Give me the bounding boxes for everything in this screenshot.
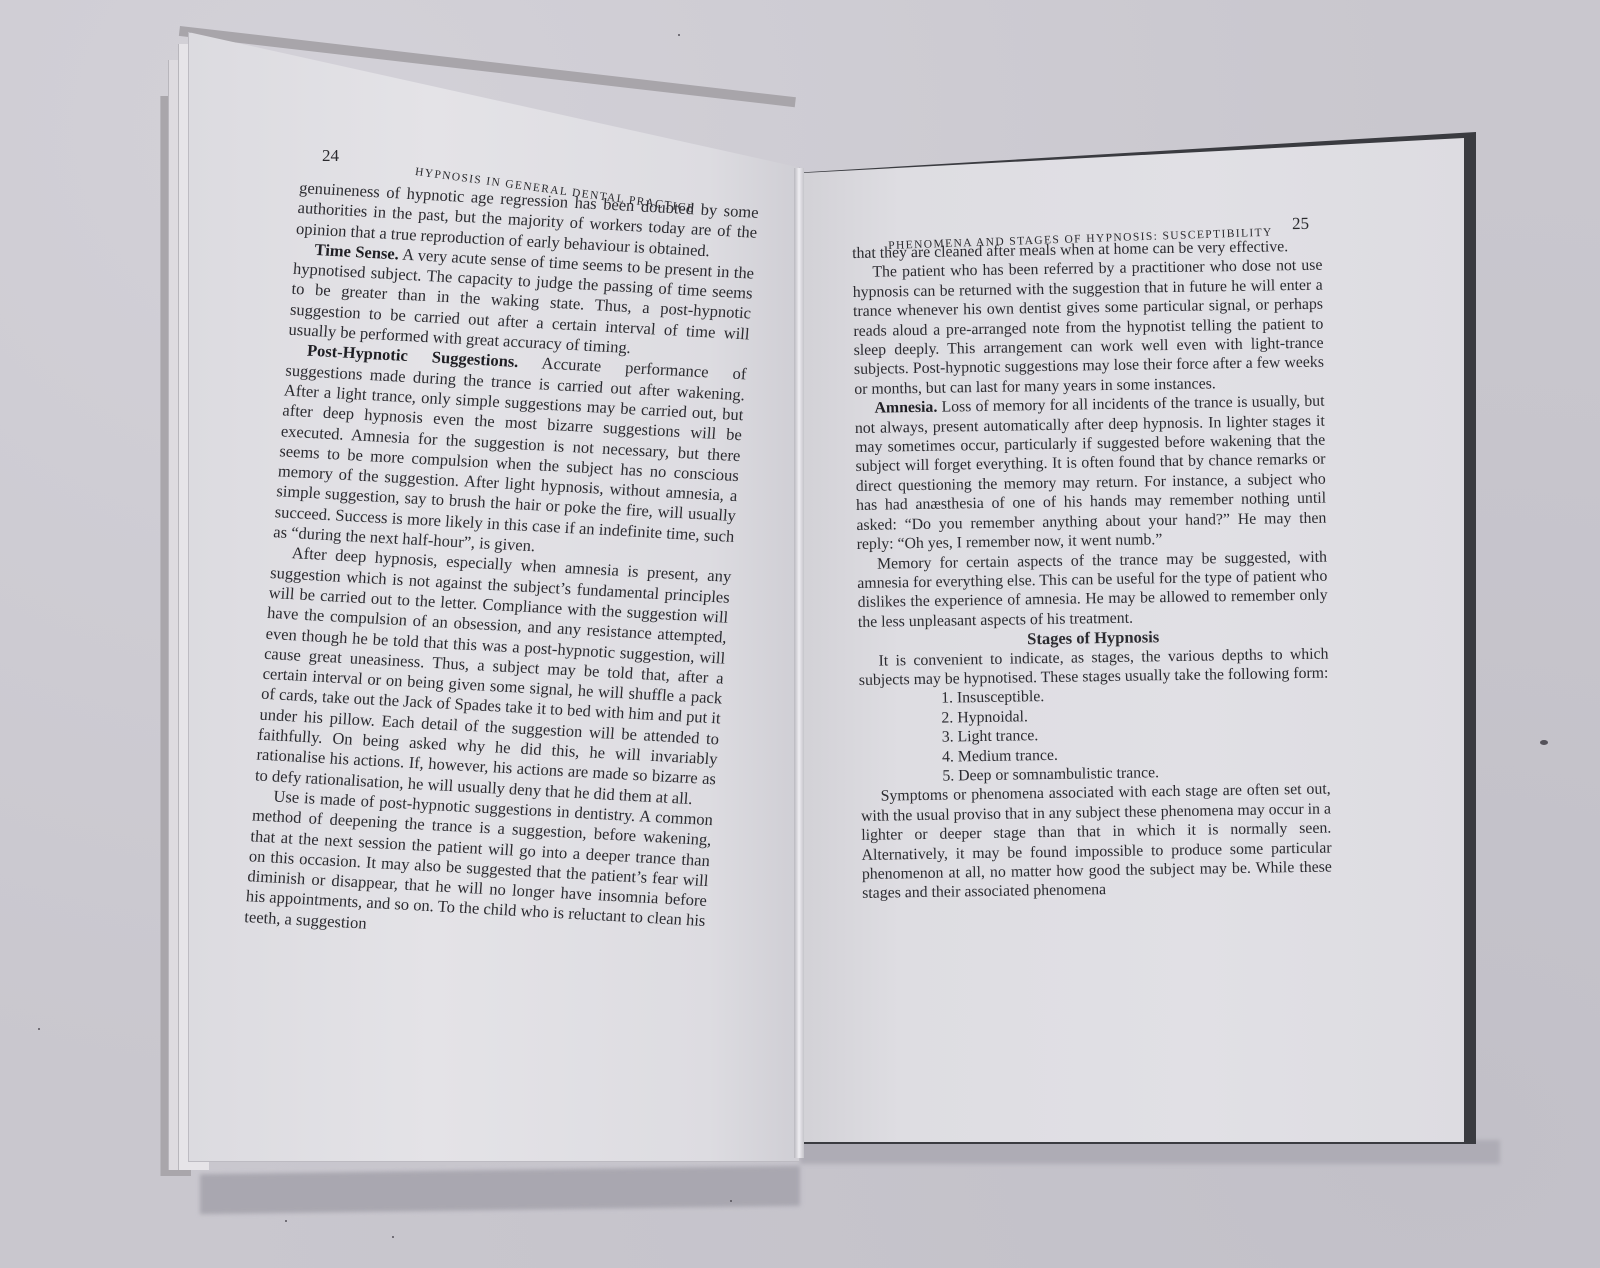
surface-speck — [285, 1220, 287, 1222]
surface-speck — [730, 1200, 732, 1202]
book-gutter — [794, 168, 804, 1158]
paragraph-text: The patient who has been referred by a p… — [853, 257, 1324, 398]
surface-speck — [38, 1028, 40, 1030]
book-shadow — [200, 1166, 800, 1214]
surface-speck — [678, 34, 680, 36]
left-page-body: genuineness of hypnotic age regression h… — [244, 178, 760, 952]
paragraph-text: Loss of memory for all incidents of the … — [855, 393, 1327, 553]
paragraph: After deep hypnosis, especially when amn… — [254, 542, 732, 810]
photo-scene: 24 HYPNOSIS IN GENERAL DENTAL PRACTICE g… — [0, 0, 1600, 1268]
paragraph: Use is made of post-hypnotic suggestions… — [244, 785, 714, 952]
paragraph: Amnesia. Loss of memory for all incident… — [854, 392, 1326, 555]
paragraph: Memory for certain aspects of the trance… — [857, 547, 1328, 632]
stages-list: 1. Insusceptible. 2. Hypnoidal. 3. Light… — [859, 683, 1330, 787]
paragraph-lead-amnesia: Amnesia. — [874, 399, 937, 417]
paragraph-text: Use is made of post-hypnotic suggestions… — [244, 786, 714, 932]
right-page-body: that they are cleaned after meals when a… — [852, 237, 1332, 904]
paragraph: The patient who has been referred by a p… — [852, 256, 1324, 399]
paragraph: Symptoms or phenomena associated with ea… — [861, 780, 1333, 904]
paragraph-text: Memory for certain aspects of the trance… — [857, 548, 1328, 631]
surface-speck — [1540, 740, 1548, 745]
paragraph-text: Accurate performance of suggestions made… — [273, 352, 747, 555]
section-intro: It is convenient to indicate, as stages,… — [858, 644, 1329, 690]
paragraph-text: After deep hypnosis, especially when amn… — [254, 543, 731, 807]
page-number-left: 24 — [322, 146, 339, 166]
paragraph: Post-Hypnotic Suggestions. Accurate perf… — [273, 340, 748, 567]
page-number-right: 25 — [1292, 214, 1309, 234]
surface-speck — [392, 1236, 394, 1238]
